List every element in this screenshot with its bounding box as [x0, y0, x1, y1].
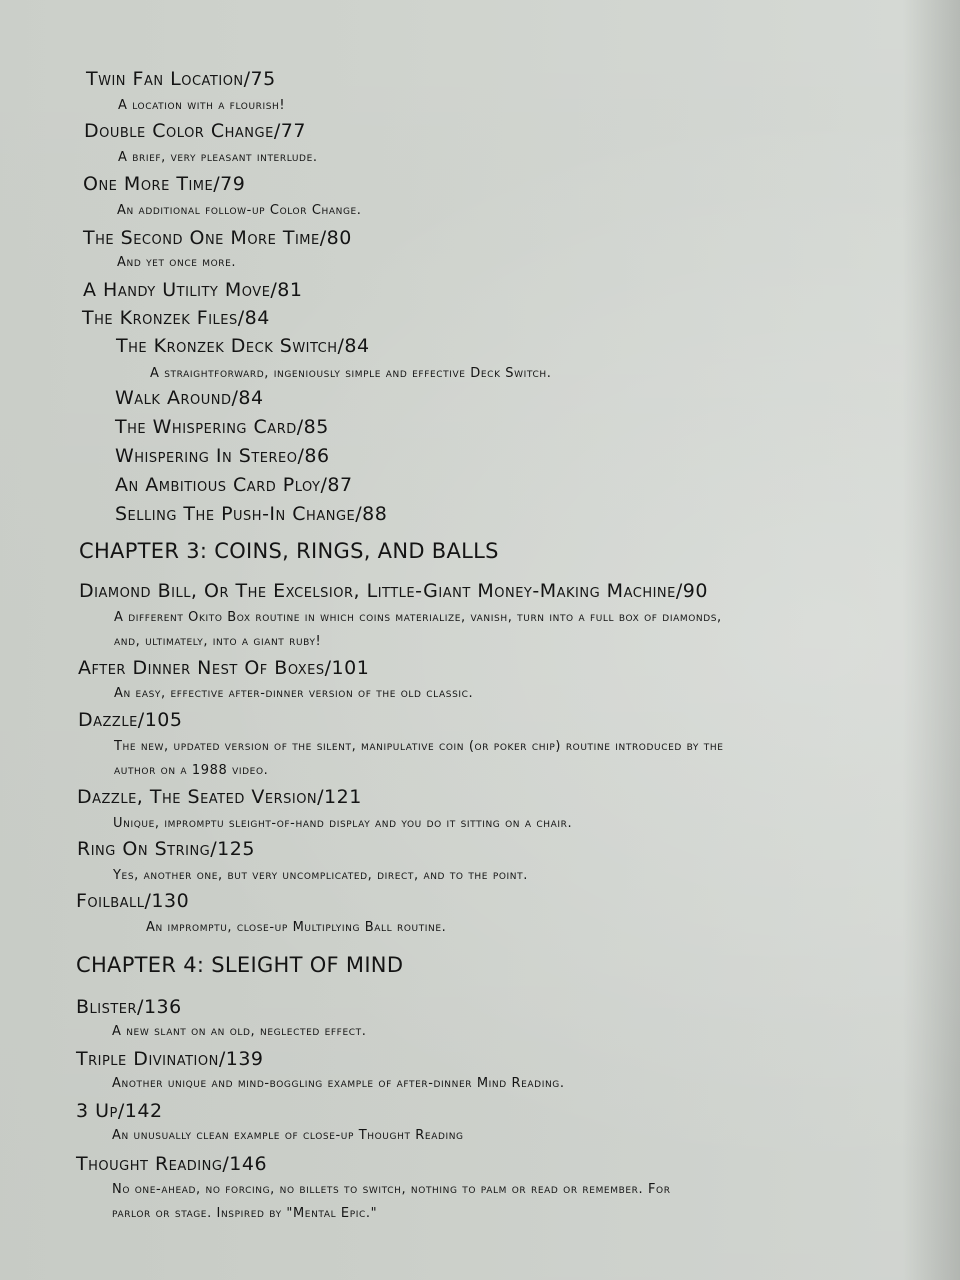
- toc-entry-desc: And yet once more.: [117, 255, 236, 270]
- toc-subentry-desc: A straightforward, ingeniously simple an…: [150, 366, 551, 381]
- toc-entry-title: The Second One More Time/80: [83, 227, 352, 249]
- toc-subentry-title: Walk Around/84: [115, 387, 264, 409]
- toc-entry-title: Thought Reading/146: [76, 1153, 267, 1175]
- toc-entry-desc: Another unique and mind-boggling example…: [112, 1076, 565, 1091]
- toc-entry-title: Double Color Change/77: [84, 120, 306, 142]
- toc-entry-desc: author on a 1988 video.: [114, 763, 268, 778]
- toc-entry-desc: and, ultimately, into a giant ruby!: [114, 634, 321, 649]
- toc-entry-desc: An unusually clean example of close-up T…: [112, 1128, 464, 1143]
- toc-entry-desc: A location with a flourish!: [118, 98, 285, 113]
- toc-entry-desc: No one-ahead, no forcing, no billets to …: [112, 1182, 671, 1197]
- toc-entry-title: Twin Fan Location/75: [86, 68, 276, 90]
- toc-entry-desc: An additional follow-up Color Change.: [117, 203, 362, 218]
- toc-entry-desc: A brief, very pleasant interlude.: [118, 150, 318, 165]
- toc-entry-desc: The new, updated version of the silent, …: [114, 739, 724, 754]
- toc-entry-desc: parlor or stage. Inspired by "Mental Epi…: [112, 1206, 377, 1221]
- toc-entry-desc: A new slant on an old, neglected effect.: [112, 1024, 366, 1039]
- toc-entry-title: 3 Up/142: [76, 1100, 163, 1122]
- toc-entry-desc: Yes, another one, but very uncomplicated…: [113, 868, 528, 883]
- toc-entry-title: Dazzle, The Seated Version/121: [77, 786, 362, 808]
- toc-entry-title: Diamond Bill, Or The Excelsior, Little-G…: [79, 580, 708, 602]
- toc-subentry-title: Selling The Push-In Change/88: [115, 503, 387, 525]
- toc-entry-desc: Unique, impromptu sleight-of-hand displa…: [113, 816, 572, 831]
- toc-entry-title: Dazzle/105: [78, 709, 182, 731]
- toc-entry-title: After Dinner Nest Of Boxes/101: [78, 657, 369, 679]
- toc-entry-desc: A different Okito Box routine in which c…: [114, 610, 722, 625]
- toc-subentry-title: The Whispering Card/85: [115, 416, 329, 438]
- toc-entry-title: Ring On String/125: [77, 838, 255, 860]
- chapter-heading: CHAPTER 3: COINS, RINGS, AND BALLS: [79, 539, 499, 563]
- toc-entry-title: Blister/136: [76, 996, 182, 1018]
- toc-subentry-title: The Kronzek Deck Switch/84: [116, 335, 370, 357]
- toc-entry-title: One More Time/79: [83, 173, 245, 195]
- toc-entry-title: Foilball/130: [76, 890, 189, 912]
- toc-entry-title: The Kronzek Files/84: [82, 307, 270, 329]
- chapter-heading: CHAPTER 4: SLEIGHT OF MIND: [76, 953, 403, 977]
- toc-entry-title: Triple Divination/139: [76, 1048, 264, 1070]
- toc-entry-desc: An easy, effective after-dinner version …: [114, 686, 473, 701]
- toc-subentry-title: An Ambitious Card Ploy/87: [115, 474, 353, 496]
- toc-entry-title: A Handy Utility Move/81: [83, 279, 302, 301]
- toc-subentry-title: Whispering In Stereo/86: [115, 445, 330, 467]
- toc-entry-desc: An impromptu, close-up Multiplying Ball …: [146, 920, 446, 935]
- toc-page: Twin Fan Location/75 A location with a f…: [0, 0, 960, 1280]
